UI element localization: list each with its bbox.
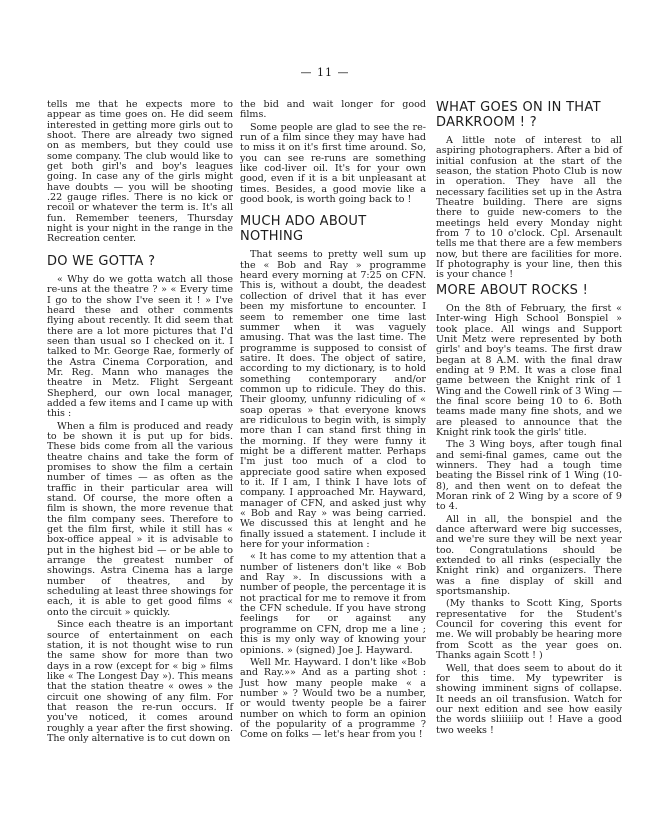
column-3: WHAT GOES ON IN THAT DARKROOM ! ? A litt… [436, 100, 622, 738]
article-title-darkroom: WHAT GOES ON IN THAT DARKROOM ! ? [436, 100, 622, 130]
article-paragraph: Since each theatre is an important sourc… [47, 620, 233, 744]
article-paragraph: A little note of interest to all aspirin… [436, 136, 622, 281]
article-paragraph: (My thanks to Scott King, Sports represe… [436, 599, 622, 661]
article-paragraph: « Why do we gotta watch all those re-uns… [47, 275, 233, 420]
article-paragraph: Well, that does seem to about do it for … [436, 664, 622, 736]
article-paragraph: Some people are glad to see the re-run o… [240, 123, 426, 206]
article-paragraph: Well Mr. Hayward. I don't like «Bob and … [240, 658, 426, 741]
continued-paragraph: the bid and wait longer for good films. [240, 100, 426, 121]
article-paragraph: « It has come to my attention that a num… [240, 552, 426, 655]
article-paragraph: All in all, the bonspiel and the dance a… [436, 515, 622, 598]
article-title-much-ado: MUCH ADO ABOUT NOTHING [240, 214, 426, 244]
article-title-do-we-gotta: DO WE GOTTA ? [47, 254, 233, 269]
article-paragraph: On the 8th of February, the first « Inte… [436, 304, 622, 438]
column-2: the bid and wait longer for good films. … [240, 100, 426, 743]
column-1: tells me that he expects more to appear … [47, 100, 233, 746]
article-paragraph: When a film is produced and ready to be … [47, 422, 233, 619]
page-number: — 11 — [0, 66, 650, 79]
continued-paragraph: tells me that he expects more to appear … [47, 100, 233, 245]
article-title-more-about-rocks: MORE ABOUT ROCKS ! [436, 283, 622, 298]
article-paragraph: That seems to pretty well sum up the « B… [240, 250, 426, 550]
article-paragraph: The 3 Wing boys, after tough final and s… [436, 440, 622, 512]
